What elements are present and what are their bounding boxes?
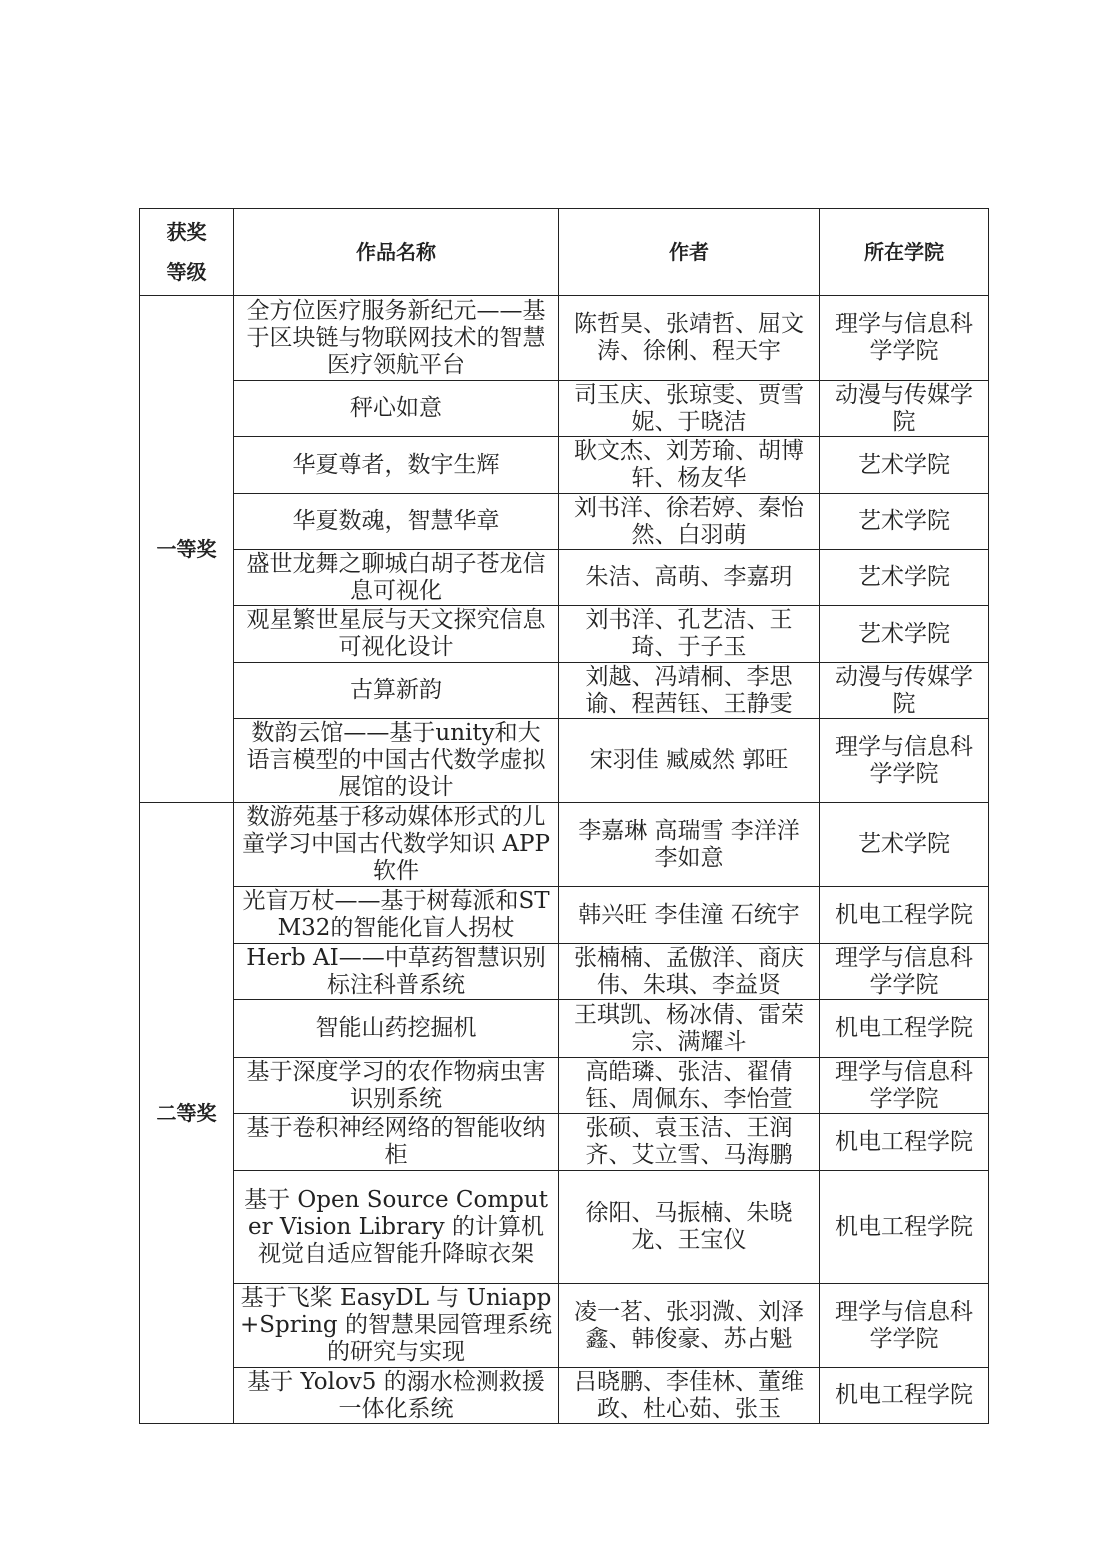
authors-cell-text: 耿文杰、刘芳瑜、胡博轩、杨友华 — [565, 438, 813, 492]
college-cell: 艺术学院 — [820, 803, 989, 887]
authors-cell-text: 张楠楠、孟傲洋、商庆伟、朱琪、李益贤 — [565, 945, 813, 999]
work-title-cell-text: 基于深度学习的农作物病虫害识别系统 — [240, 1059, 552, 1113]
work-title-cell: 智能山药挖掘机 — [234, 1000, 559, 1058]
table-row: 二等奖数游苑基于移动媒体形式的儿童学习中国古代数学知识 APP 软件李嘉琳 高瑞… — [140, 803, 989, 887]
college-cell-text: 机电工程学院 — [826, 1129, 982, 1156]
authors-cell-text: 朱洁、高萌、李嘉玥 — [565, 564, 813, 591]
authors-cell: 刘书洋、孔艺洁、王琦、于子玉 — [559, 606, 820, 663]
work-title-cell: 基于 Open Source Computer Vision Library 的… — [234, 1171, 559, 1284]
work-title-cell: 基于飞桨 EasyDL 与 Uniapp+Spring 的智慧果园管理系统的研究… — [234, 1284, 559, 1368]
header-college: 所在学院 — [820, 209, 989, 296]
college-cell: 机电工程学院 — [820, 1368, 989, 1424]
work-title-cell-text: 华夏数魂，智慧华章 — [240, 508, 552, 535]
table-row: 智能山药挖掘机王琪凯、杨冰倩、雷荣宗、满耀斗机电工程学院 — [140, 1000, 989, 1058]
table-row: 观星繁世星辰与天文探究信息可视化设计刘书洋、孔艺洁、王琦、于子玉艺术学院 — [140, 606, 989, 663]
header-award-level: 获奖 等级 — [140, 209, 234, 296]
college-cell-text: 艺术学院 — [826, 831, 982, 858]
header-row: 获奖 等级 作品名称 作者 所在学院 — [140, 209, 989, 296]
college-cell-text: 艺术学院 — [826, 621, 982, 648]
authors-cell: 陈哲昊、张靖哲、屈文涛、徐俐、程天宇 — [559, 296, 820, 381]
work-title-cell: 数韵云馆——基于unity和大语言模型的中国古代数学虚拟展馆的设计 — [234, 719, 559, 803]
authors-cell: 李嘉琳 高瑞雪 李洋洋 李如意 — [559, 803, 820, 887]
table-row: 古算新韵刘越、冯靖桐、李思谕、程茜钰、王静雯动漫与传媒学院 — [140, 663, 989, 719]
work-title-cell: 古算新韵 — [234, 663, 559, 719]
authors-cell: 张楠楠、孟傲洋、商庆伟、朱琪、李益贤 — [559, 944, 820, 1000]
work-title-cell-text: 智能山药挖掘机 — [240, 1015, 552, 1042]
authors-cell-text: 高皓璘、张洁、翟倩钰、周佩东、李怡萱 — [565, 1059, 813, 1113]
work-title-cell: 全方位医疗服务新纪元——基于区块链与物联网技术的智慧医疗领航平台 — [234, 296, 559, 381]
authors-cell-text: 韩兴旺 李佳潼 石统宇 — [565, 902, 813, 929]
college-cell: 机电工程学院 — [820, 1171, 989, 1284]
table-row: 秤心如意司玉庆、张琼雯、贾雪妮、于晓洁动漫与传媒学院 — [140, 381, 989, 437]
table-row: 基于 Open Source Computer Vision Library 的… — [140, 1171, 989, 1284]
work-title-cell-text: 基于卷积神经网络的智能收纳柜 — [240, 1115, 552, 1169]
award-level-cell: 一等奖 — [140, 296, 234, 803]
authors-cell-text: 刘越、冯靖桐、李思谕、程茜钰、王静雯 — [565, 664, 813, 718]
work-title-cell: 华夏尊者，数宇生辉 — [234, 437, 559, 494]
work-title-cell: 光盲万杖——基于树莓派和STM32的智能化盲人拐杖 — [234, 887, 559, 944]
college-cell-text: 理学与信息科学学院 — [826, 1059, 982, 1113]
authors-cell-text: 宋羽佳 臧威然 郭旺 — [565, 747, 813, 774]
college-cell: 理学与信息科学学院 — [820, 296, 989, 381]
authors-cell-text: 司玉庆、张琼雯、贾雪妮、于晓洁 — [565, 382, 813, 436]
college-cell-text: 动漫与传媒学院 — [826, 664, 982, 718]
table-row: 一等奖全方位医疗服务新纪元——基于区块链与物联网技术的智慧医疗领航平台陈哲昊、张… — [140, 296, 989, 381]
college-cell-text: 理学与信息科学学院 — [826, 311, 982, 365]
work-title-cell-text: 古算新韵 — [240, 677, 552, 704]
college-cell: 机电工程学院 — [820, 887, 989, 944]
awards-table-body: 一等奖全方位医疗服务新纪元——基于区块链与物联网技术的智慧医疗领航平台陈哲昊、张… — [140, 296, 989, 1424]
authors-cell: 张硕、袁玉洁、王润齐、艾立雪、马海鹏 — [559, 1114, 820, 1171]
authors-cell-text: 王琪凯、杨冰倩、雷荣宗、满耀斗 — [565, 1002, 813, 1056]
college-cell-text: 机电工程学院 — [826, 902, 982, 929]
college-cell-text: 机电工程学院 — [826, 1015, 982, 1042]
authors-cell-text: 凌一茗、张羽溦、刘泽鑫、韩俊豪、苏占魁 — [565, 1299, 813, 1353]
table-row: 华夏尊者，数宇生辉耿文杰、刘芳瑜、胡博轩、杨友华艺术学院 — [140, 437, 989, 494]
college-cell: 艺术学院 — [820, 550, 989, 606]
authors-cell: 凌一茗、张羽溦、刘泽鑫、韩俊豪、苏占魁 — [559, 1284, 820, 1368]
work-title-cell-text: 华夏尊者，数宇生辉 — [240, 452, 552, 479]
awards-table: 获奖 等级 作品名称 作者 所在学院 一等奖全方位医疗服务新纪元——基于区块链与… — [139, 208, 989, 1424]
college-cell: 艺术学院 — [820, 606, 989, 663]
work-title-cell: 基于 Yolov5 的溺水检测救援一体化系统 — [234, 1368, 559, 1424]
table-row: 华夏数魂，智慧华章刘书洋、徐若婷、秦怡然、白羽萌艺术学院 — [140, 494, 989, 550]
work-title-cell: 观星繁世星辰与天文探究信息可视化设计 — [234, 606, 559, 663]
college-cell-text: 理学与信息科学学院 — [826, 1299, 982, 1353]
header-work-title: 作品名称 — [234, 209, 559, 296]
table-row: Herb AI——中草药智慧识别标注科普系统张楠楠、孟傲洋、商庆伟、朱琪、李益贤… — [140, 944, 989, 1000]
authors-cell: 徐阳、马振楠、朱晓龙、王宝仪 — [559, 1171, 820, 1284]
college-cell-text: 艺术学院 — [826, 452, 982, 479]
authors-cell: 韩兴旺 李佳潼 石统宇 — [559, 887, 820, 944]
work-title-cell-text: 基于 Open Source Computer Vision Library 的… — [240, 1187, 552, 1268]
authors-cell: 王琪凯、杨冰倩、雷荣宗、满耀斗 — [559, 1000, 820, 1058]
authors-cell-text: 吕晓鹏、李佳林、董维政、杜心茹、张玉 — [565, 1369, 813, 1423]
college-cell-text: 艺术学院 — [826, 564, 982, 591]
authors-cell: 司玉庆、张琼雯、贾雪妮、于晓洁 — [559, 381, 820, 437]
college-cell: 机电工程学院 — [820, 1000, 989, 1058]
work-title-cell-text: 观星繁世星辰与天文探究信息可视化设计 — [240, 607, 552, 661]
work-title-cell: 数游苑基于移动媒体形式的儿童学习中国古代数学知识 APP 软件 — [234, 803, 559, 887]
college-cell-text: 艺术学院 — [826, 508, 982, 535]
college-cell-text: 理学与信息科学学院 — [826, 734, 982, 788]
college-cell: 动漫与传媒学院 — [820, 381, 989, 437]
work-title-cell: 华夏数魂，智慧华章 — [234, 494, 559, 550]
authors-cell-text: 徐阳、马振楠、朱晓龙、王宝仪 — [565, 1200, 813, 1254]
authors-cell-text: 刘书洋、孔艺洁、王琦、于子玉 — [565, 607, 813, 661]
work-title-cell-text: 秤心如意 — [240, 395, 552, 422]
college-cell: 理学与信息科学学院 — [820, 1058, 989, 1114]
table-row: 基于 Yolov5 的溺水检测救援一体化系统吕晓鹏、李佳林、董维政、杜心茹、张玉… — [140, 1368, 989, 1424]
authors-cell: 高皓璘、张洁、翟倩钰、周佩东、李怡萱 — [559, 1058, 820, 1114]
college-cell: 理学与信息科学学院 — [820, 1284, 989, 1368]
authors-cell: 刘越、冯靖桐、李思谕、程茜钰、王静雯 — [559, 663, 820, 719]
authors-cell-text: 李嘉琳 高瑞雪 李洋洋 李如意 — [565, 818, 813, 872]
authors-cell-text: 刘书洋、徐若婷、秦怡然、白羽萌 — [565, 495, 813, 549]
work-title-cell-text: Herb AI——中草药智慧识别标注科普系统 — [240, 945, 552, 999]
college-cell-text: 机电工程学院 — [826, 1214, 982, 1241]
authors-cell: 吕晓鹏、李佳林、董维政、杜心茹、张玉 — [559, 1368, 820, 1424]
authors-cell-text: 张硕、袁玉洁、王润齐、艾立雪、马海鹏 — [565, 1115, 813, 1169]
work-title-cell: 基于卷积神经网络的智能收纳柜 — [234, 1114, 559, 1171]
work-title-cell-text: 基于 Yolov5 的溺水检测救援一体化系统 — [240, 1369, 552, 1423]
college-cell: 艺术学院 — [820, 437, 989, 494]
table-row: 光盲万杖——基于树莓派和STM32的智能化盲人拐杖韩兴旺 李佳潼 石统宇机电工程… — [140, 887, 989, 944]
college-cell-text: 理学与信息科学学院 — [826, 945, 982, 999]
authors-cell: 朱洁、高萌、李嘉玥 — [559, 550, 820, 606]
table-row: 基于深度学习的农作物病虫害识别系统高皓璘、张洁、翟倩钰、周佩东、李怡萱理学与信息… — [140, 1058, 989, 1114]
authors-cell-text: 陈哲昊、张靖哲、屈文涛、徐俐、程天宇 — [565, 311, 813, 365]
authors-cell: 耿文杰、刘芳瑜、胡博轩、杨友华 — [559, 437, 820, 494]
table-row: 数韵云馆——基于unity和大语言模型的中国古代数学虚拟展馆的设计宋羽佳 臧威然… — [140, 719, 989, 803]
college-cell: 理学与信息科学学院 — [820, 944, 989, 1000]
work-title-cell-text: 盛世龙舞之聊城白胡子苍龙信息可视化 — [240, 551, 552, 605]
work-title-cell-text: 基于飞桨 EasyDL 与 Uniapp+Spring 的智慧果园管理系统的研究… — [240, 1285, 552, 1366]
college-cell: 理学与信息科学学院 — [820, 719, 989, 803]
college-cell-text: 动漫与传媒学院 — [826, 382, 982, 436]
work-title-cell: 盛世龙舞之聊城白胡子苍龙信息可视化 — [234, 550, 559, 606]
work-title-cell: 基于深度学习的农作物病虫害识别系统 — [234, 1058, 559, 1114]
authors-cell: 刘书洋、徐若婷、秦怡然、白羽萌 — [559, 494, 820, 550]
college-cell-text: 机电工程学院 — [826, 1382, 982, 1409]
work-title-cell: 秤心如意 — [234, 381, 559, 437]
work-title-cell-text: 光盲万杖——基于树莓派和STM32的智能化盲人拐杖 — [240, 888, 552, 942]
table-row: 基于卷积神经网络的智能收纳柜张硕、袁玉洁、王润齐、艾立雪、马海鹏机电工程学院 — [140, 1114, 989, 1171]
header-authors: 作者 — [559, 209, 820, 296]
table-row: 盛世龙舞之聊城白胡子苍龙信息可视化朱洁、高萌、李嘉玥艺术学院 — [140, 550, 989, 606]
work-title-cell-text: 数韵云馆——基于unity和大语言模型的中国古代数学虚拟展馆的设计 — [240, 720, 552, 801]
work-title-cell-text: 数游苑基于移动媒体形式的儿童学习中国古代数学知识 APP 软件 — [240, 804, 552, 885]
work-title-cell: Herb AI——中草药智慧识别标注科普系统 — [234, 944, 559, 1000]
college-cell: 机电工程学院 — [820, 1114, 989, 1171]
authors-cell: 宋羽佳 臧威然 郭旺 — [559, 719, 820, 803]
award-level-cell: 二等奖 — [140, 803, 234, 1424]
table-row: 基于飞桨 EasyDL 与 Uniapp+Spring 的智慧果园管理系统的研究… — [140, 1284, 989, 1368]
work-title-cell-text: 全方位医疗服务新纪元——基于区块链与物联网技术的智慧医疗领航平台 — [240, 298, 552, 379]
college-cell: 动漫与传媒学院 — [820, 663, 989, 719]
college-cell: 艺术学院 — [820, 494, 989, 550]
